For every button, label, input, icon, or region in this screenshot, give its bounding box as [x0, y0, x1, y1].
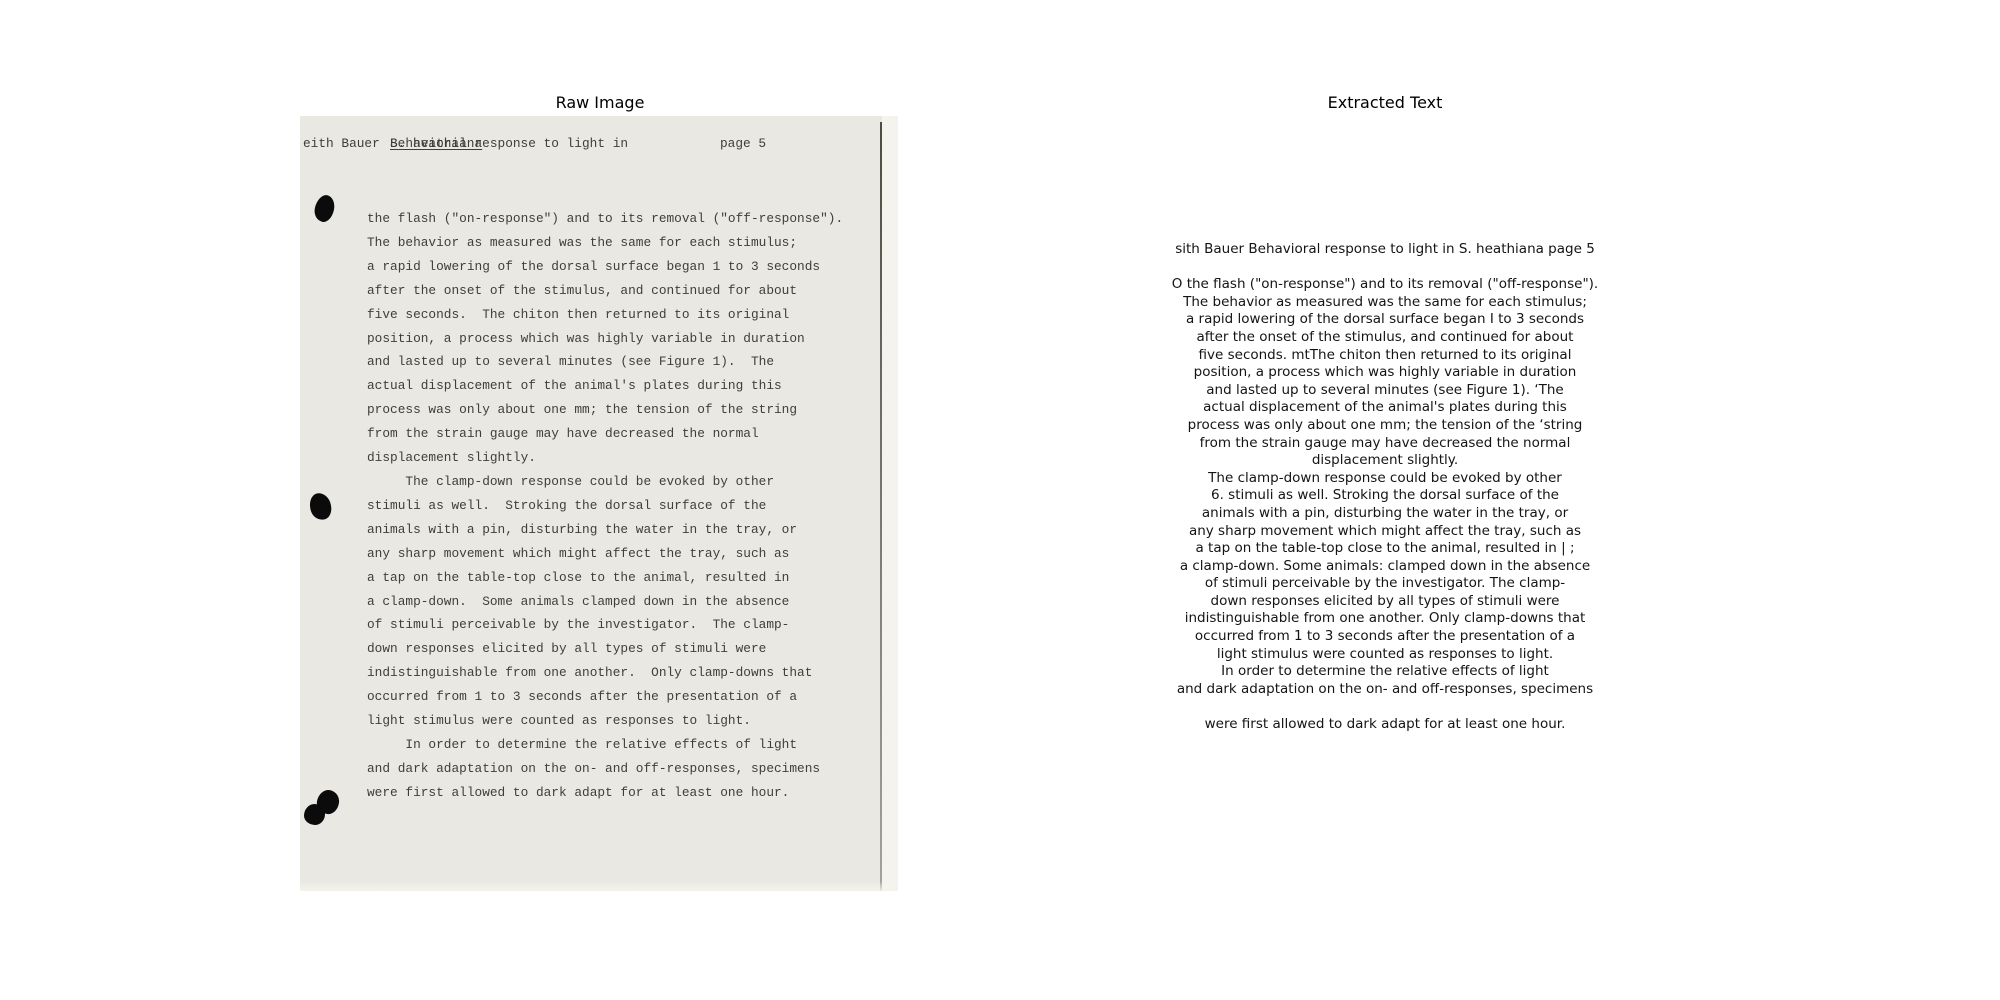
ink-blob-top [312, 193, 336, 223]
scan-header-species: S. heathiana [390, 136, 482, 151]
figure-canvas: Raw Image Extracted Text eith Bauer Beha… [0, 0, 2000, 1000]
extracted-text-panel-title: Extracted Text [1235, 93, 1535, 112]
raw-image-panel-title: Raw Image [450, 93, 750, 112]
scan-header-author: eith Bauer [303, 136, 380, 151]
scanned-document-image: eith Bauer Behavioral response to light … [300, 116, 898, 891]
scan-header-page-number: page 5 [720, 136, 766, 151]
scan-page-header: eith Bauer Behavioral response to light … [300, 136, 880, 156]
ink-blob-middle [306, 490, 334, 522]
scan-edge-strip [882, 116, 898, 891]
ink-blob-bottom-lobe [304, 804, 325, 825]
extracted-text-block: sith Bauer Behavioral response to light … [1115, 241, 1655, 734]
scan-body-text: the flash ("on-response") and to its rem… [367, 207, 843, 805]
